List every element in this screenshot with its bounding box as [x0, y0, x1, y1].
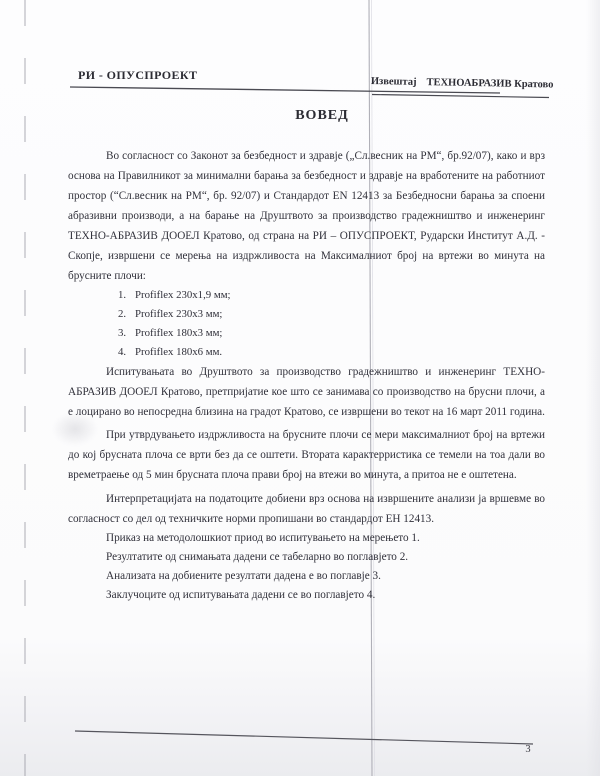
document-body: Во согласност со Законот за безбедност и…	[68, 146, 545, 605]
paragraph-method: При утврдувањето издржливоста на бруснит…	[68, 425, 545, 485]
closing-line: Анализата на добиените резултати дадена …	[68, 567, 545, 586]
list-item: 1.Profiflex 230x1,9 мм;	[68, 286, 545, 305]
list-item-number: 4.	[118, 343, 135, 362]
paragraph-tests: Испитувањата во Друштвото за производств…	[68, 362, 545, 422]
grinding-disc-list: 1.Profiflex 230x1,9 мм; 2.Profiflex 230x…	[68, 286, 545, 362]
closing-line: Приказ на методолошкиот приод во испитув…	[68, 529, 545, 548]
header-right-underline	[372, 95, 549, 98]
list-item: 2.Profiflex 230x3 мм;	[68, 305, 545, 324]
list-item-number: 3.	[118, 324, 135, 343]
list-item-text: Profiflex 230x3 мм;	[135, 308, 222, 320]
paragraph-intro: Во согласност со Законот за безбедност и…	[68, 146, 545, 286]
list-item-text: Profiflex 230x1,9 мм;	[135, 289, 231, 301]
header-left-org: РИ - ОПУСПРОЕКТ	[78, 68, 197, 83]
list-item: 4.Profiflex 180x6 мм.	[68, 343, 545, 362]
page-number: 3	[520, 744, 536, 755]
list-item: 3.Profiflex 180x3 мм;	[68, 324, 545, 343]
page-title: ВОВЕД	[0, 108, 600, 124]
list-item-number: 1.	[118, 286, 135, 305]
list-item-text: Profiflex 180x6 мм.	[135, 346, 222, 358]
closing-line: Резултатите од снимањата дадени се табел…	[68, 548, 545, 567]
header-report-label: Извештај	[371, 76, 417, 88]
paragraph-interpretation: Интерпретацијата на податоците добиени в…	[68, 489, 545, 529]
closing-line: Заклучоците од испитувањата дадени се во…	[68, 586, 545, 605]
footer-rule	[75, 731, 533, 744]
list-item-number: 2.	[118, 305, 135, 324]
scanned-page: РИ - ОПУСПРОЕКТ ИзвештајТЕХНОАБРАЗИВ Кра…	[0, 0, 600, 776]
list-item-text: Profiflex 180x3 мм;	[135, 327, 222, 339]
